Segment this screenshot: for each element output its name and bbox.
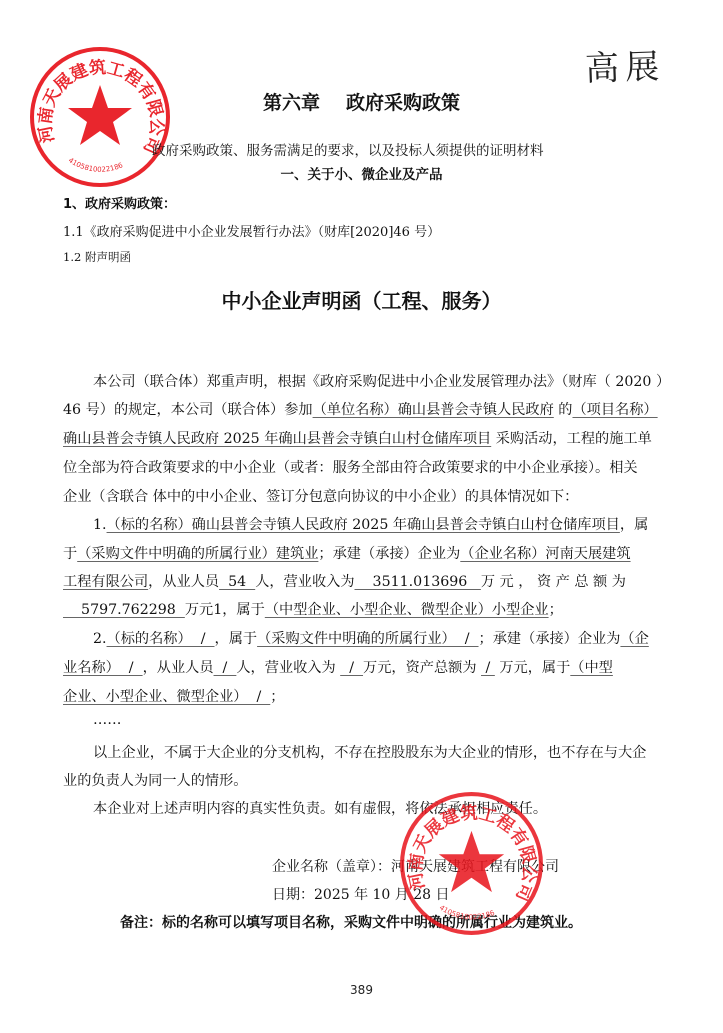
assets-value: 5797.762298	[63, 602, 185, 618]
item1-line2: 于（采购文件中明确的所属行业）建筑业；承建（承接）企业为（企业名称）河南天展建筑	[63, 543, 631, 563]
ellipsis: ……	[93, 712, 121, 728]
handwritten-signature: 高展	[584, 39, 666, 91]
policy-item-1-2: 1.2 附声明函	[63, 249, 131, 265]
project-name-field: 确山县普会寺镇人民政府 2025 年确山县普会寺镇白山村仓储库项目	[63, 431, 491, 447]
para1-line5: 企业（含联合 体中的中小企业、签订分包意向协议的中小企业）的具体情况如下：	[63, 486, 578, 506]
declaration-title: 中小企业声明函（工程、服务）	[0, 285, 723, 314]
revenue-value: 3511.013696	[355, 574, 481, 590]
item1-line3: 工程有限公司，从业人员 54 人，营业收入为 3511.013696 万 元 ，…	[63, 571, 626, 591]
item1-line1: 1.（标的名称）确山县普会寺镇人民政府 2025 年确山县普会寺镇白山村仓储库项…	[93, 514, 648, 534]
item1-line4: 5797.762298 万元1，属于（中型企业、小型企业、微型企业）小型企业；	[63, 599, 563, 619]
para1-line2: 46 号）的规定，本公司（联合体）参加（单位名称）确山县普会寺镇人民政府 的（项…	[63, 399, 658, 419]
para1-line1: 本公司（联合体）郑重声明，根据《政府采购促进中小企业发展管理办法》（财库（ 20…	[93, 371, 670, 391]
policy-heading: 1、政府采购政策：	[63, 193, 176, 212]
page-number: 389	[0, 983, 723, 997]
item2-line1: 2.（标的名称） / ，属于（采购文件中明确的所属行业） / ；承建（承接）企业…	[93, 628, 649, 648]
para1-line3: 确山县普会寺镇人民政府 2025 年确山县普会寺镇白山村仓储库项目 采购活动，工…	[63, 428, 652, 448]
para1-line4: 位全部为符合政策要求的中小企业（或者：服务全部由符合政策要求的中小企业承接）。相…	[63, 457, 638, 477]
item2-line2: 业名称） / ，从业人员 / 人，营业收入为 / 万元，资产总额为 / 万元，属…	[63, 657, 613, 677]
para2-line1: 以上企业，不属于大企业的分支机构，不存在控股股东为大企业的情形，也不存在与大企	[93, 742, 646, 762]
company-seal-bottom: 河南天展建筑工程有限公司 4105810022186	[398, 790, 546, 938]
employees-value: 54	[219, 574, 255, 590]
star-icon	[439, 831, 504, 892]
policy-item-1-1: 1.1《政府采购促进中小企业发展暂行办法》（财库[2020]46 号）	[63, 221, 440, 240]
para2-line2: 业的负责人为同一人的情形。	[63, 770, 247, 790]
section-heading: 一、关于小、微企业及产品	[0, 163, 723, 183]
intro-text: 政府采购政策、服务需满足的要求，以及投标人须提供的证明材料	[152, 139, 544, 159]
item2-line3: 企业、小型企业、微型企业） / ；	[63, 686, 284, 706]
unit-name-field: （单位名称）确山县普会寺镇人民政府	[313, 402, 554, 418]
svg-text:4105810022186: 4105810022186	[438, 903, 497, 922]
chapter-title: 第六章政府采购政策	[0, 88, 723, 115]
